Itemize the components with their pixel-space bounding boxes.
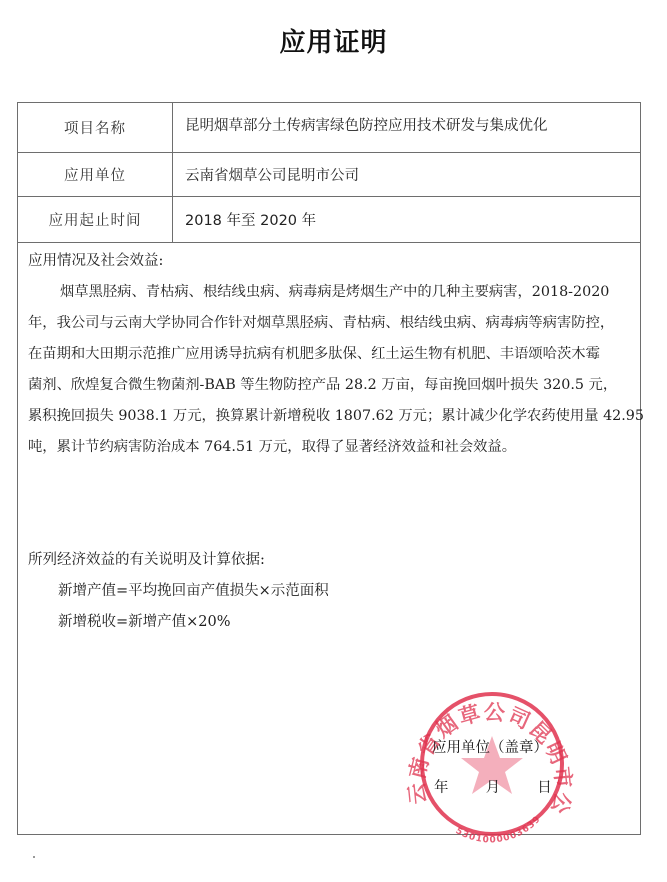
paragraph-line: 烟草黑胫病、青枯病、根结线虫病、病毒病是烤烟生产中的几种主要病害，2018-20… bbox=[28, 277, 632, 308]
field-value: 云南省烟草公司昆明市公司 bbox=[185, 153, 632, 196]
document-title: 应用证明 bbox=[0, 22, 667, 59]
field-value: 昆明烟草部分土传病害绿色防控应用技术研发与集成优化 bbox=[185, 103, 632, 152]
scan-speck bbox=[33, 856, 35, 858]
field-row-application-unit: 应用单位 云南省烟草公司昆明市公司 bbox=[18, 153, 640, 197]
official-seal: 云南省烟草公司昆明市公司 5301000003639 bbox=[400, 680, 580, 856]
field-value: 2018 年至 2020 年 bbox=[185, 197, 632, 242]
paragraph-line: 吨，累计节约病害防治成本 764.51 万元，取得了显著经济效益和社会效益。 bbox=[28, 432, 632, 463]
formula-new-tax: 新增税收=新增产值×20% bbox=[58, 610, 231, 631]
signature-date-label: 年 月 日 bbox=[434, 776, 558, 797]
paragraph-line: 累积挽回损失 9038.1 万元，换算累计新增税收 1807.62 万元；累计减… bbox=[28, 401, 632, 432]
paragraph-line: 在苗期和大田期示范推广应用诱导抗病有机肥多肽保、红土运生物有机肥、丰语颂哈茨木霉 bbox=[28, 339, 632, 370]
application-paragraph: 烟草黑胫病、青枯病、根结线虫病、病毒病是烤烟生产中的几种主要病害，2018-20… bbox=[28, 277, 632, 463]
field-row-project-name: 项目名称 昆明烟草部分土传病害绿色防控应用技术研发与集成优化 bbox=[18, 103, 640, 153]
section-heading-basis: 所列经济效益的有关说明及计算依据: bbox=[28, 548, 265, 569]
field-label: 应用单位 bbox=[18, 153, 173, 196]
paragraph-line: 菌剂、欣煌复合微生物菌剂-BAB 等生物防控产品 28.2 万亩，每亩挽回烟叶损… bbox=[28, 370, 632, 401]
formula-output-value: 新增产值=平均挽回亩产值损失×示范面积 bbox=[58, 579, 329, 600]
field-label: 项目名称 bbox=[18, 103, 173, 152]
field-label: 应用起止时间 bbox=[18, 197, 173, 242]
paragraph-line: 年，我公司与云南大学协同合作针对烟草黑胫病、青枯病、根结线虫病、病毒病等病害防控… bbox=[28, 308, 632, 339]
field-row-application-period: 应用起止时间 2018 年至 2020 年 bbox=[18, 197, 640, 243]
section-heading-application: 应用情况及社会效益: bbox=[28, 249, 163, 270]
signature-unit-label: 应用单位（盖章） bbox=[432, 736, 548, 757]
